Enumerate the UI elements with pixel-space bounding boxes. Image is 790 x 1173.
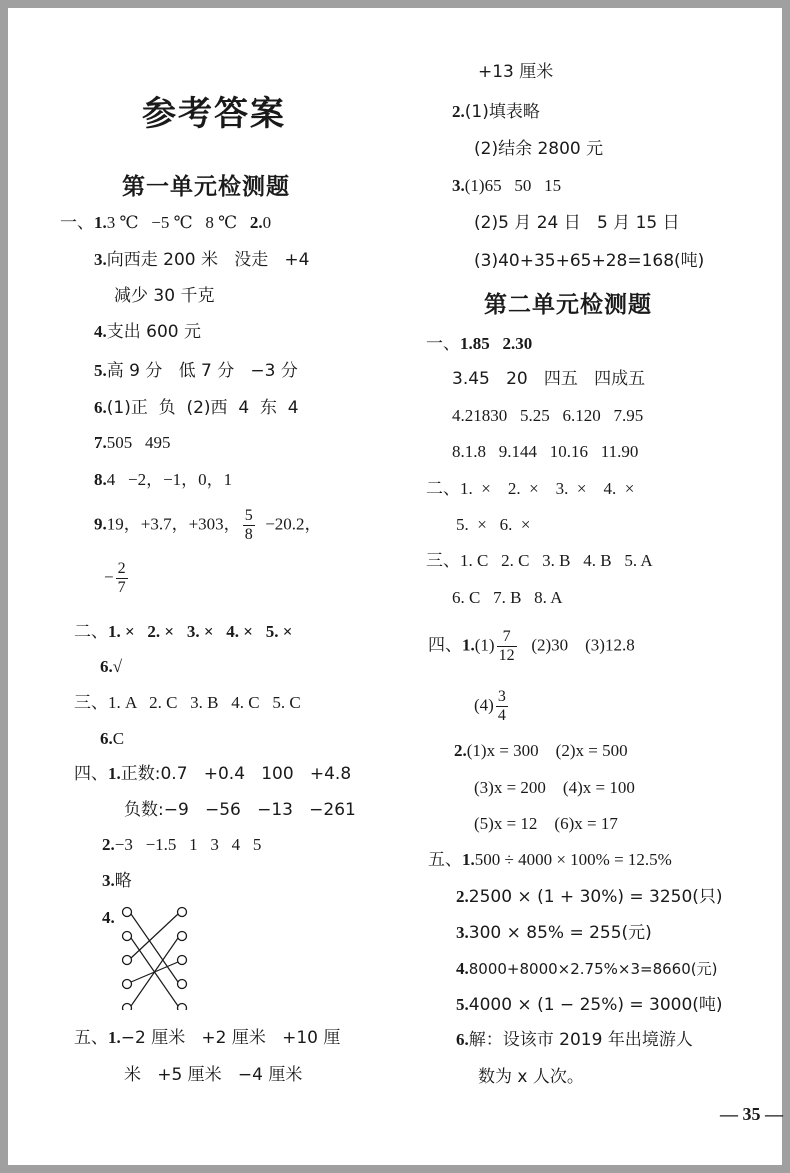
u2-sec4-line2: (4)34: [474, 688, 510, 725]
left-node-3: [123, 956, 132, 965]
u2-sec3-line1: 三、1. C 2. C 3. B 4. B 5. A: [426, 550, 653, 572]
u1-sec4-line5: 4.: [102, 907, 115, 929]
u1-line-4: 4.支出 600 元: [94, 321, 201, 343]
u1-sec4-line4: 3.略: [102, 870, 132, 892]
unit2-heading: 第二单元检测题: [484, 286, 652, 319]
u2-sec5-line4: 4.8000+8000×2.75%×3=8660(元): [456, 958, 717, 980]
u2-sec4-line5: (5)x = 12 (6)x = 17: [474, 813, 618, 835]
u2-line-1: 一、1.85 2.30: [426, 333, 532, 355]
c2-line-5: (2)5 月 24 日 5 月 15 日: [474, 212, 680, 234]
left-node-5: [123, 1004, 132, 1011]
fraction: 712: [497, 628, 517, 665]
u2-sec5-line7: 数为 x 人次。: [478, 1066, 584, 1088]
left-node-2: [123, 932, 132, 941]
c2-line-1: +13 厘米: [478, 61, 553, 83]
page-number: — 35 —: [720, 1104, 783, 1125]
u2-sec4-line4: (3)x = 200 (4)x = 100: [474, 777, 635, 799]
connection-line: [131, 914, 178, 958]
right-node-5: [178, 1004, 187, 1011]
u1-sec5-line2: 米 +5 厘米 −4 厘米: [124, 1064, 302, 1086]
u2-sec4-line3: 2.(1)x = 300 (2)x = 500: [454, 740, 628, 762]
u2-sec5-line3: 3.300 × 85% = 255(元): [456, 922, 652, 944]
u1-sec5-line1: 五、1.−2 厘米 +2 厘米 +10 厘: [74, 1027, 340, 1049]
u2-sec5-line2: 2.2500 × (1 + 30%) = 3250(只): [456, 886, 723, 908]
fraction: 34: [496, 688, 508, 725]
u1-sec4-line1: 四、1.正数:0.7 +0.4 100 +4.8: [74, 763, 351, 785]
c2-line-4: 3.(1)65 50 15: [452, 175, 561, 197]
u1-line-8: 8.4 −2，−1，0，1: [94, 469, 232, 491]
right-node-2: [178, 932, 187, 941]
c2-line-3: (2)结余 2800 元: [474, 138, 603, 160]
u1-line-9b: −27: [104, 560, 130, 597]
u1-line-9: 9.19，+3.7，+303，58 −20.2，: [94, 507, 322, 544]
left-node-4: [123, 980, 132, 989]
right-node-3: [178, 956, 187, 965]
fraction: 58: [243, 507, 255, 544]
matching-diagram: [118, 900, 198, 1010]
u1-line-5: 5.高 9 分 低 7 分 −3 分: [94, 360, 298, 382]
right-node-4: [178, 980, 187, 989]
page-title: 参考答案: [142, 86, 286, 135]
u1-line-3: 3.向西走 200 米 没走 +4: [94, 249, 310, 271]
left-node-1: [123, 908, 132, 917]
u1-line-1: 一、1.3 ℃ −5 ℃ 8 ℃ 2.0: [60, 212, 271, 234]
c2-line-6: (3)40+35+65+28=168(吨): [474, 250, 704, 272]
u1-sec3-line1: 三、1. A 2. C 3. B 4. C 5. C: [74, 692, 301, 714]
u2-sec5-line1: 五、1.500 ÷ 4000 × 100% = 12.5%: [428, 849, 672, 871]
u1-sec3-line2: 6.C: [100, 728, 124, 750]
u2-sec3-line2: 6. C 7. B 8. A: [452, 587, 563, 609]
u1-line-3b: 减少 30 千克: [114, 285, 214, 307]
u2-line-2: 3.45 20 四五 四成五: [452, 368, 645, 390]
u1-sec4-line3: 2.−3 −1.5 1 3 4 5: [102, 834, 261, 856]
u2-line-3: 4.21830 5.25 6.120 7.95: [452, 405, 643, 427]
u1-sec4-line2: 负数:−9 −56 −13 −261: [124, 799, 356, 821]
fraction: 27: [116, 560, 128, 597]
u2-sec4-line1: 四、1.(1)712 (2)30 (3)12.8: [428, 628, 635, 665]
unit1-heading: 第一单元检测题: [122, 168, 290, 201]
u2-sec5-line6: 6.解：设该市 2019 年出境游人: [456, 1029, 693, 1051]
u1-sec2-line1: 二、1. × 2. × 3. × 4. × 5. ×: [74, 621, 292, 643]
u1-line-6: 6.(1)正 负 (2)西 4 东 4: [94, 397, 299, 419]
u2-sec2-line1: 二、1. × 2. × 3. × 4. ×: [426, 478, 634, 500]
c2-line-2: 2.(1)填表略: [452, 101, 540, 123]
u1-sec2-line2: 6.√: [100, 656, 122, 678]
u2-sec5-line5: 5.4000 × (1 − 25%) = 3000(吨): [456, 994, 723, 1016]
u2-line-4: 8.1.8 9.144 10.16 11.90: [452, 441, 638, 463]
right-node-1: [178, 908, 187, 917]
u2-sec2-line2: 5. × 6. ×: [456, 514, 530, 536]
u1-line-7: 7.505 495: [94, 432, 171, 454]
